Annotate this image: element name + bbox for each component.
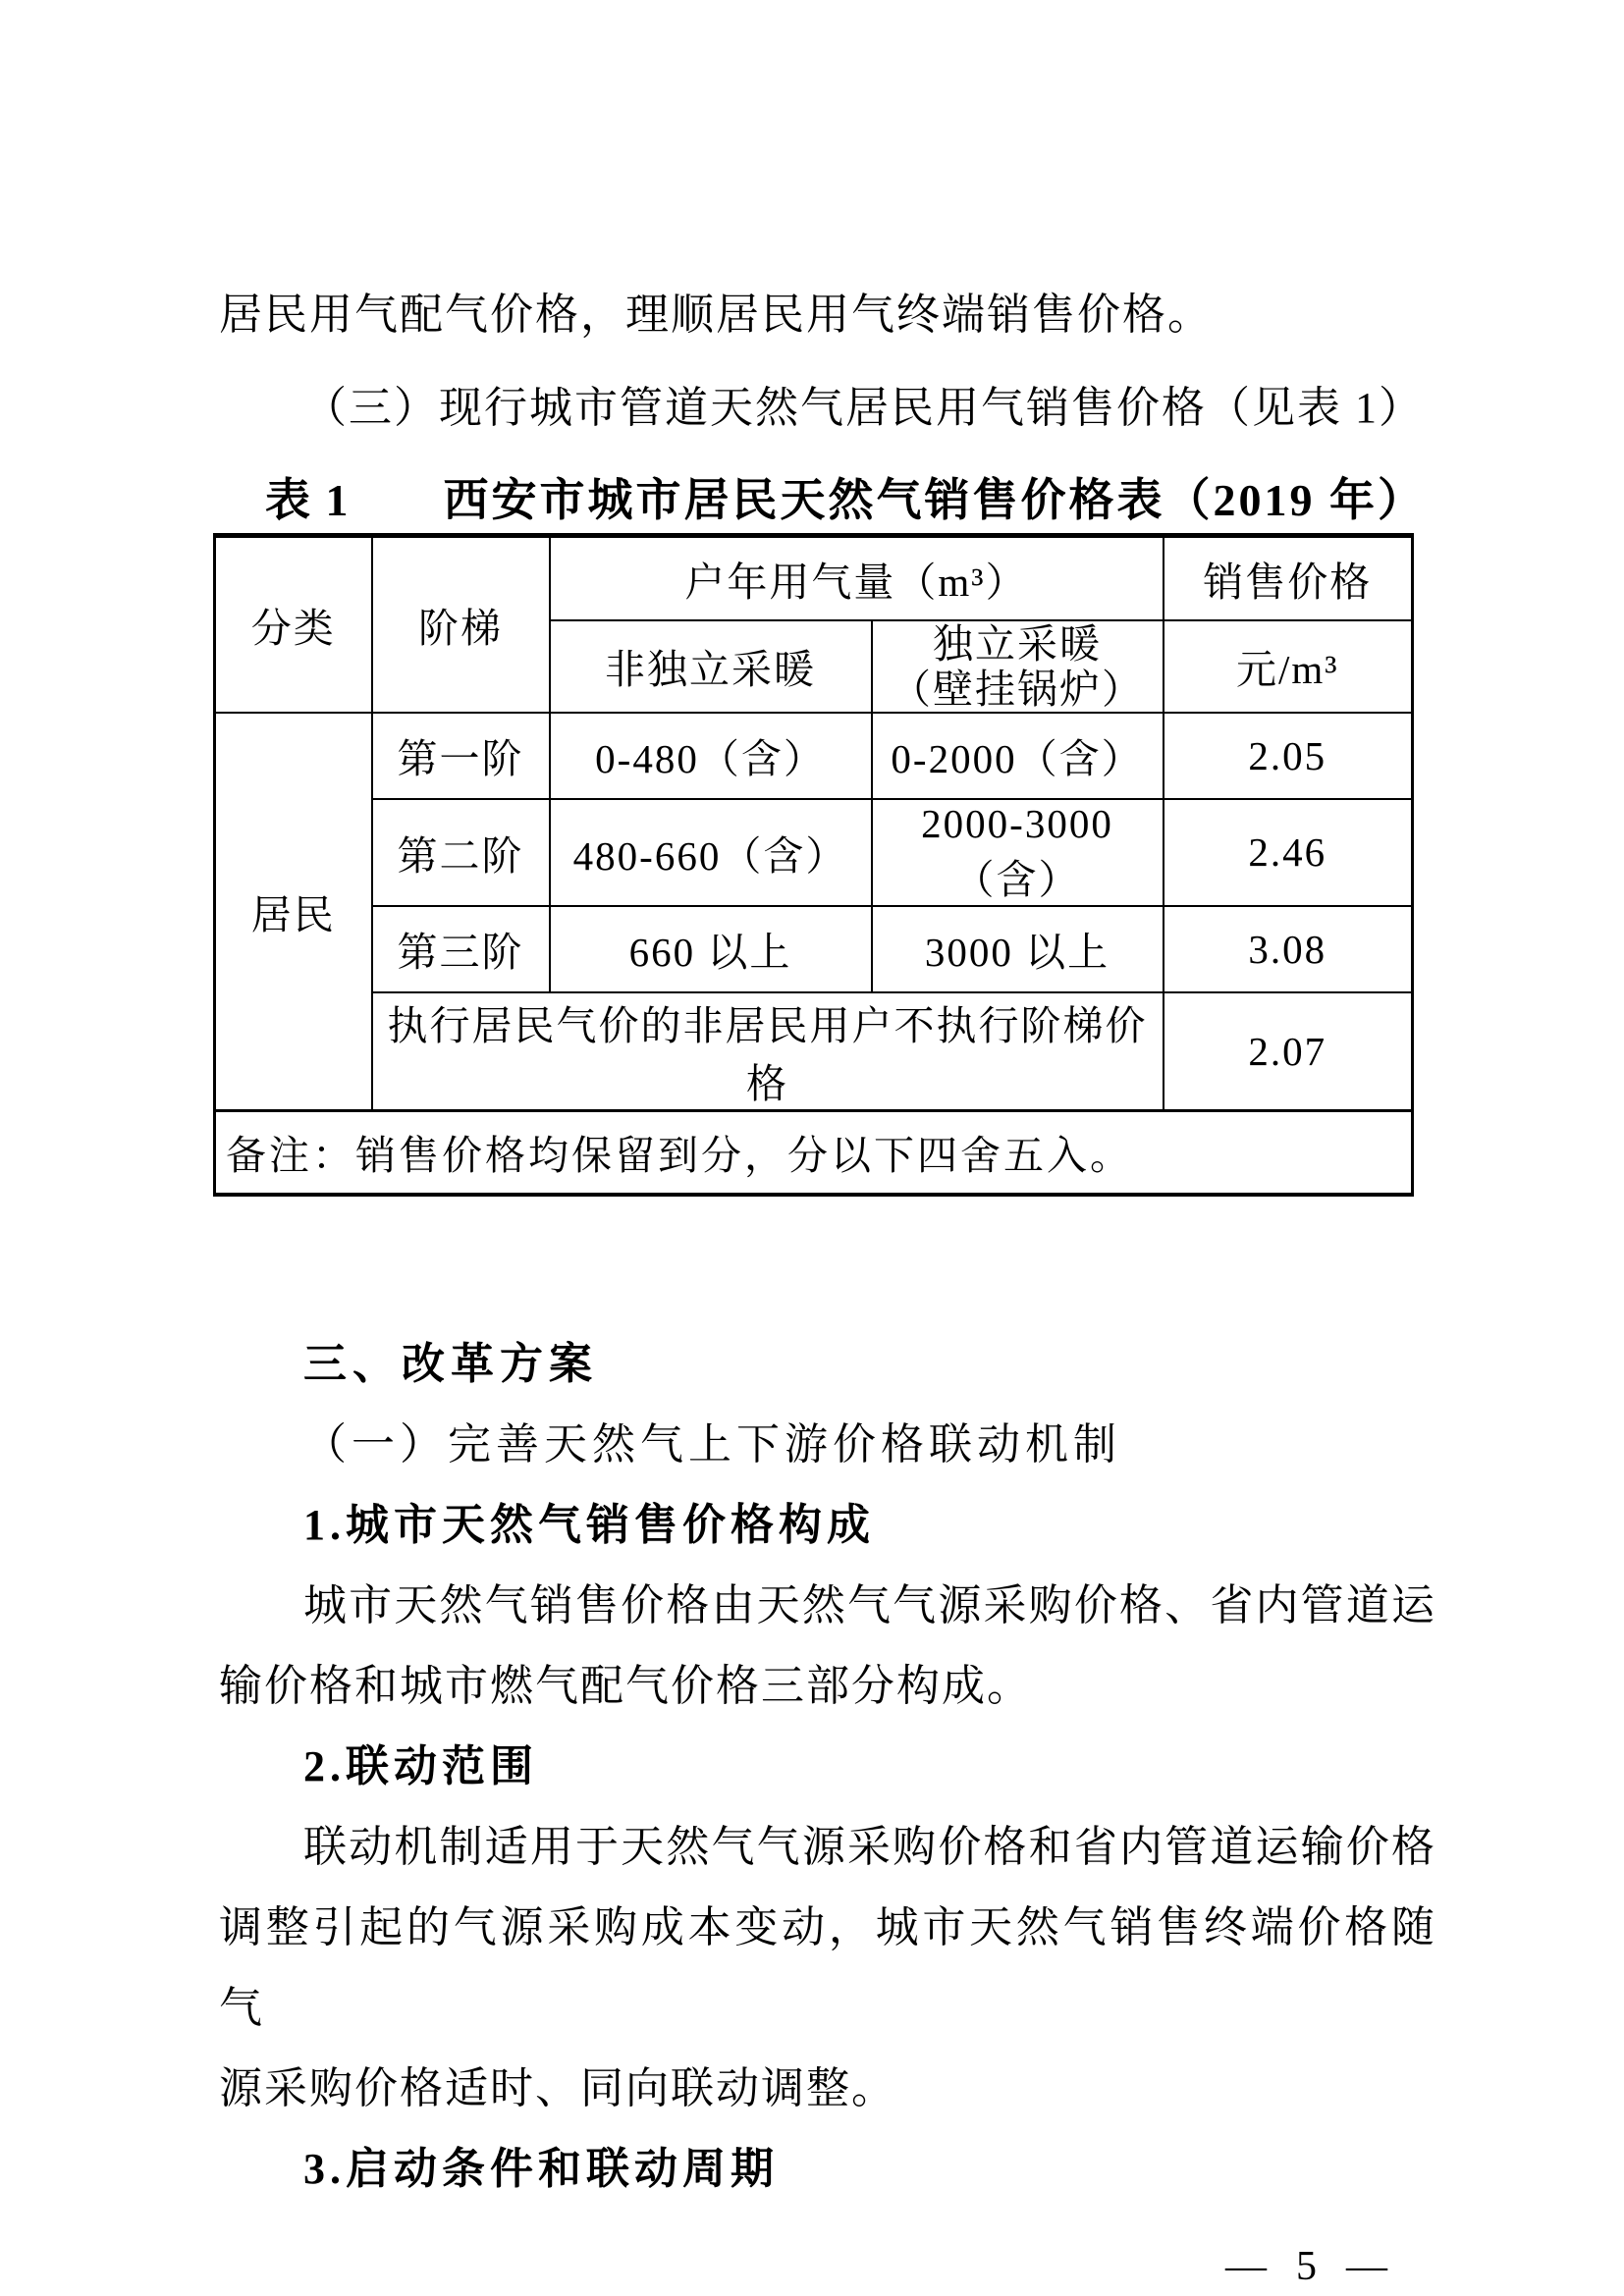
table-row-tier3: 第三阶 660 以上 3000 以上 3.08 bbox=[215, 906, 1413, 992]
nonresident-price: 2.07 bbox=[1164, 992, 1413, 1111]
tier3-nonheating: 660 以上 bbox=[550, 906, 872, 992]
document-page: 居民用气配气价格，理顺居民用气终端销售价格。 （三）现行城市管道天然气居民用气销… bbox=[0, 0, 1624, 2296]
paragraph-item-three: （三）现行城市管道天然气居民用气销售价格（见表 1） bbox=[219, 368, 1436, 449]
tier3-heating: 3000 以上 bbox=[872, 906, 1164, 992]
tier2-name: 第二阶 bbox=[372, 799, 550, 906]
col-header-price-unit: 元/m³ bbox=[1164, 620, 1413, 713]
tier2-price: 2.46 bbox=[1164, 799, 1413, 906]
body-line: 城市天然气销售价格由天然气气源采购价格、省内管道运 bbox=[219, 1566, 1436, 1646]
price-table: 分类 阶梯 户年用气量（m³） 销售价格 非独立采暖 独立采暖 （壁挂锅炉） 元… bbox=[213, 533, 1414, 1197]
table-note-row: 备注：销售价格均保留到分，分以下四舍五入。 bbox=[215, 1110, 1413, 1195]
subhead-3: 3.启动条件和联动周期 bbox=[219, 2129, 1436, 2210]
nonresident-label: 执行居民气价的非居民用户不执行阶梯价格 bbox=[372, 992, 1164, 1111]
section-heading-three: 三、改革方案 bbox=[219, 1324, 1436, 1405]
table-caption: 表 1 西安市城市居民天然气销售价格表（2019 年） bbox=[219, 468, 1436, 533]
tier1-heating: 0-2000（含） bbox=[872, 713, 1164, 799]
paragraph-continuation-line: 居民用气配气价格，理顺居民用气终端销售价格。 bbox=[219, 275, 1436, 355]
body-line: 调整引起的气源采购成本变动，城市天然气销售终端价格随气 bbox=[219, 1888, 1436, 2049]
subhead-2: 2.联动范围 bbox=[219, 1727, 1436, 1807]
footer-right-dash: — bbox=[1346, 2245, 1387, 2288]
subhead-1: 1.城市天然气销售价格构成 bbox=[219, 1485, 1436, 1566]
col-header-nonheating: 非独立采暖 bbox=[550, 620, 872, 713]
table-row-tier2: 第二阶 480-660（含） 2000-3000（含） 2.46 bbox=[215, 799, 1413, 906]
col-header-category: 分类 bbox=[215, 536, 372, 713]
table-header-row-1: 分类 阶梯 户年用气量（m³） 销售价格 bbox=[215, 536, 1413, 620]
table-note: 备注：销售价格均保留到分，分以下四舍五入。 bbox=[215, 1110, 1413, 1195]
body-line: 源采购价格适时、同向联动调整。 bbox=[219, 2049, 1436, 2129]
table-title-text: 西安市城市居民天然气销售价格表（2019 年） bbox=[444, 468, 1427, 533]
tier2-nonheating: 480-660（含） bbox=[550, 799, 872, 906]
subsection-heading-one: （一）完善天然气上下游价格联动机制 bbox=[219, 1405, 1436, 1485]
table-row-nonresident: 执行居民气价的非居民用户不执行阶梯价格 2.07 bbox=[215, 992, 1413, 1111]
col-header-heating: 独立采暖 （壁挂锅炉） bbox=[872, 620, 1164, 713]
col-header-tier: 阶梯 bbox=[372, 536, 550, 713]
tier1-name: 第一阶 bbox=[372, 713, 550, 799]
page-footer: — 5 — bbox=[219, 2245, 1436, 2288]
body-line: 输价格和城市燃气配气价格三部分构成。 bbox=[219, 1646, 1436, 1727]
tier2-heating: 2000-3000（含） bbox=[872, 799, 1164, 906]
page-number: 5 bbox=[1296, 2245, 1317, 2288]
tier1-nonheating: 0-480（含） bbox=[550, 713, 872, 799]
col-header-price: 销售价格 bbox=[1164, 536, 1413, 620]
footer-left-dash: — bbox=[1225, 2245, 1267, 2288]
col-header-heating-line1: 独立采暖 bbox=[877, 621, 1159, 667]
col-header-heating-line2: （壁挂锅炉） bbox=[877, 667, 1159, 712]
tier3-name: 第三阶 bbox=[372, 906, 550, 992]
table-row-tier1: 居民 第一阶 0-480（含） 0-2000（含） 2.05 bbox=[215, 713, 1413, 799]
body-line: 联动机制适用于天然气气源采购价格和省内管道运输价格 bbox=[219, 1807, 1436, 1888]
tier1-price: 2.05 bbox=[1164, 713, 1413, 799]
table-label: 表 1 bbox=[265, 468, 351, 533]
category-cell: 居民 bbox=[215, 713, 372, 1111]
tier3-price: 3.08 bbox=[1164, 906, 1413, 992]
col-header-usage: 户年用气量（m³） bbox=[550, 536, 1164, 620]
